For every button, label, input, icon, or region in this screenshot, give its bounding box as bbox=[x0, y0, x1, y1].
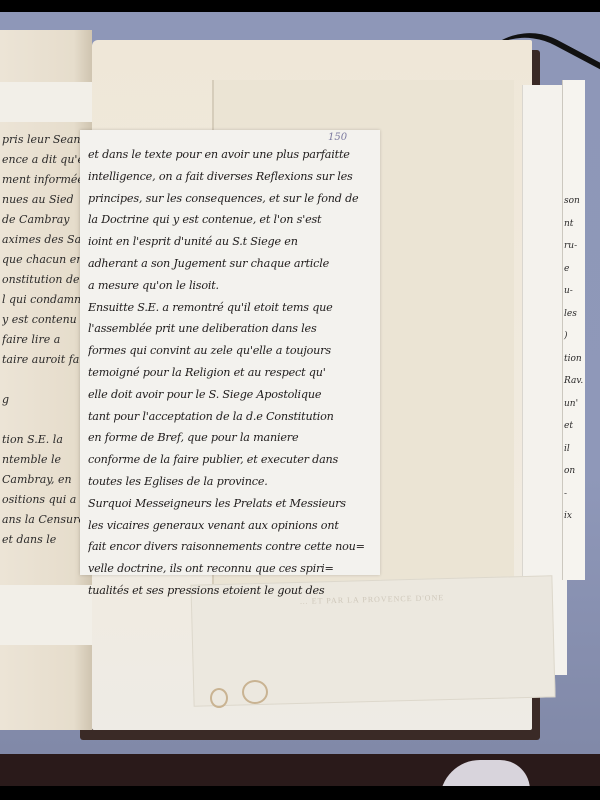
manuscript-text: et dans le texte pour en avoir une plus … bbox=[88, 144, 376, 602]
water-stain bbox=[210, 688, 228, 708]
text-line: Surquoi Messeigneurs les Prelats et Mess… bbox=[88, 493, 376, 515]
slip-text: son nt ru- e u- les ) tion Rav. un' et i… bbox=[564, 190, 584, 528]
left-page: pris leur Seance ence a dit qu'en ment i… bbox=[0, 30, 92, 730]
text-line: faire lire a bbox=[2, 330, 88, 350]
text-line: g bbox=[2, 390, 88, 410]
text-line: nues au Sied bbox=[2, 190, 88, 210]
photo-frame: pris leur Seance ence a dit qu'en ment i… bbox=[0, 12, 600, 786]
text-line: elle doit avoir pour le S. Siege Apostol… bbox=[88, 384, 376, 406]
manuscript-sheet: 150 et dans le texte pour en avoir une p… bbox=[80, 130, 380, 575]
text-line bbox=[2, 410, 88, 430]
text-line: et dans le texte pour en avoir une plus … bbox=[88, 144, 376, 166]
text-line: la Doctrine qui y est contenue, et l'on … bbox=[88, 209, 376, 231]
fragment: e bbox=[564, 258, 584, 281]
fragment: les bbox=[564, 303, 584, 326]
text-line: ioint en l'esprit d'unité au S.t Siege e… bbox=[88, 231, 376, 253]
folio-number: 150 bbox=[328, 132, 347, 143]
fragment: son bbox=[564, 190, 584, 213]
text-line: les vicaires generaux venant aux opinion… bbox=[88, 515, 376, 537]
text-line: taire auroit fa bbox=[2, 350, 88, 370]
text-line: velle doctrine, ils ont reconnu que ces … bbox=[88, 558, 376, 580]
text-line: temoigné pour la Religion et au respect … bbox=[88, 362, 376, 384]
text-line: tualités et ses pressions etoient le gou… bbox=[88, 580, 376, 602]
text-line: tant pour l'acceptation de la d.e Consti… bbox=[88, 406, 376, 428]
text-line: adherant a son Jugement sur chaque artic… bbox=[88, 253, 376, 275]
text-line: Ensuitte S.E. a remontré qu'il etoit tem… bbox=[88, 297, 376, 319]
fragment: ru- bbox=[564, 235, 584, 258]
fragment: ) bbox=[564, 325, 584, 348]
fragment: - bbox=[564, 483, 584, 506]
bound-volume: pris leur Seance ence a dit qu'en ment i… bbox=[0, 30, 540, 732]
fragment: nt bbox=[564, 213, 584, 236]
text-line: a mesure qu'on le lisoit. bbox=[88, 275, 376, 297]
table-edge bbox=[0, 754, 600, 786]
text-line bbox=[2, 370, 88, 390]
text-line: ositions qui a bbox=[2, 490, 88, 510]
text-line: pris leur Seance bbox=[2, 130, 88, 150]
text-line: formes qui convint au zele qu'elle a tou… bbox=[88, 340, 376, 362]
text-line: tion S.E. la bbox=[2, 430, 88, 450]
text-line: aximes des Sain bbox=[2, 230, 88, 250]
paper-strip bbox=[0, 82, 92, 122]
text-line: l'assemblée prit une deliberation dans l… bbox=[88, 318, 376, 340]
fragment: il bbox=[564, 438, 584, 461]
text-line: en forme de Bref, que pour la maniere bbox=[88, 427, 376, 449]
text-line: toutes les Eglises de la province. bbox=[88, 471, 376, 493]
paper-strip bbox=[0, 585, 92, 645]
fragment: u- bbox=[564, 280, 584, 303]
fragment: et bbox=[564, 415, 584, 438]
text-line: ntemble le bbox=[2, 450, 88, 470]
text-line: que chacun en bbox=[2, 250, 88, 270]
text-line: l qui condamn bbox=[2, 290, 88, 310]
cloth bbox=[440, 760, 530, 786]
fragment: un' bbox=[564, 393, 584, 416]
fragment: on bbox=[564, 460, 584, 483]
text-line: ans la Censure bbox=[2, 510, 88, 530]
text-line: et dans le bbox=[2, 530, 88, 550]
text-line: ment informée bbox=[2, 170, 88, 190]
text-line: de Cambray bbox=[2, 210, 88, 230]
text-line: intelligence, on a fait diverses Reflexi… bbox=[88, 166, 376, 188]
text-line: principes, sur les consequences, et sur … bbox=[88, 188, 376, 210]
left-page-text: pris leur Seance ence a dit qu'en ment i… bbox=[2, 130, 88, 550]
text-line: fait encor divers raisonnements contre c… bbox=[88, 536, 376, 558]
text-line: Cambray, en bbox=[2, 470, 88, 490]
text-line: ence a dit qu'en bbox=[2, 150, 88, 170]
text-line: onstitution de la bbox=[2, 270, 88, 290]
water-stain bbox=[242, 680, 268, 704]
text-line: y est contenu bbox=[2, 310, 88, 330]
fragment: tion bbox=[564, 348, 584, 371]
fragment: ix bbox=[564, 505, 584, 528]
text-line: conforme de la faire publier, et execute… bbox=[88, 449, 376, 471]
fragment: Rav. bbox=[564, 370, 584, 393]
